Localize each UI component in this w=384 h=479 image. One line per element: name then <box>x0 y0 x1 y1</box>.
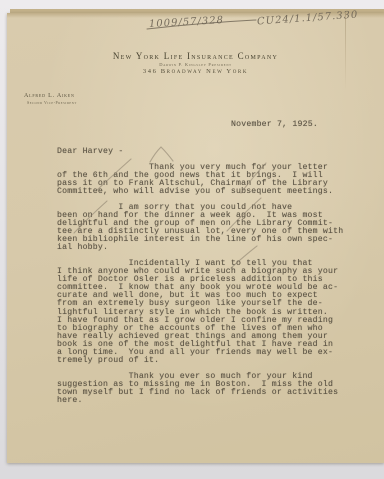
sender-title: Second Vice-President <box>27 100 77 105</box>
letter-paper: 1009/57/328 CU24/1.1/57.330 New York Lif… <box>7 13 384 463</box>
sender-block: Alfred L. Aiken Second Vice-President <box>24 93 77 105</box>
scanned-letter-page: 1009/57/328 CU24/1.1/57.330 New York Lif… <box>0 0 384 479</box>
paragraph-4: Thank you ever so much for your kind sug… <box>57 373 357 406</box>
company-address: 346 Broadway New York <box>7 68 384 75</box>
letterhead: New York Life Insurance Company Darwin P… <box>7 51 384 75</box>
paragraph-1: Thank you very much for your letter of t… <box>57 164 357 197</box>
paragraph-3: Incidentally I want to tell you that I t… <box>57 260 357 366</box>
paragraph-2: I am sorry that you could not have been … <box>57 204 357 253</box>
letter-date: November 7, 1925. <box>231 120 318 129</box>
sender-name: Alfred L. Aiken <box>24 93 77 99</box>
salutation: Dear Harvey - <box>57 147 357 156</box>
company-name: New York Life Insurance Company <box>7 51 384 61</box>
archival-number-crossed-out: 1009/57/328 <box>149 15 224 30</box>
archival-catalog-number: CU24/1.1/57.330 <box>257 9 359 27</box>
president-line: Darwin P. Kingsley President <box>7 62 384 67</box>
letter-body: Dear Harvey - Thank you very much for yo… <box>57 147 357 412</box>
